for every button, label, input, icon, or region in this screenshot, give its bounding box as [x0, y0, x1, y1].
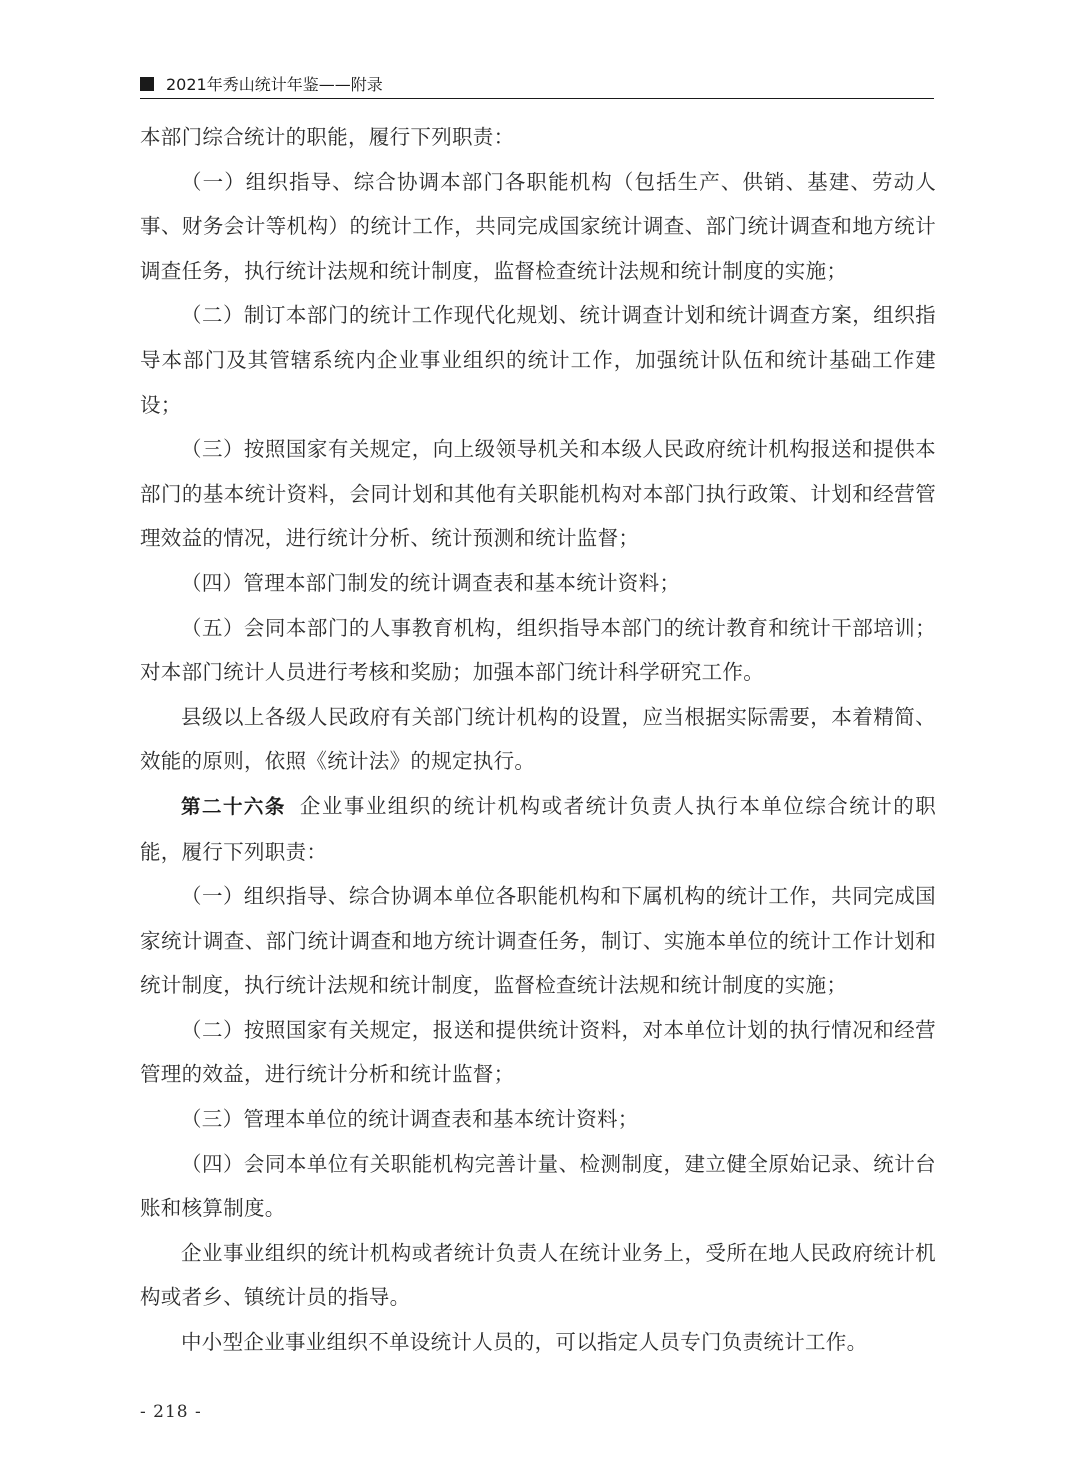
- paragraph: （四）管理本部门制发的统计调查表和基本统计资料；: [140, 561, 936, 606]
- paragraph-text: （三）按照国家有关规定，向上级领导机关和本级人民政府统计机构报送和提供本部门的基…: [140, 437, 936, 550]
- paragraph-text: （二）按照国家有关规定，报送和提供统计资料，对本单位计划的执行情况和经营管理的效…: [140, 1018, 936, 1087]
- black-square-icon: [140, 77, 154, 91]
- paragraph-text: （四）管理本部门制发的统计调查表和基本统计资料；: [181, 571, 680, 595]
- running-header: 2021年秀山统计年鉴——附录: [140, 72, 934, 99]
- paragraph-text: 本部门综合统计的职能，履行下列职责：: [140, 125, 514, 149]
- article-26-paragraph: 第二十六条企业事业组织的统计机构或者统计负责人执行本单位综合统计的职能，履行下列…: [140, 784, 936, 874]
- paragraph-text: 中小型企业事业组织不单设统计人员的，可以指定人员专门负责统计工作。: [181, 1330, 867, 1354]
- paragraph: （五）会同本部门的人事教育机构，组织指导本部门的统计教育和统计干部培训；对本部门…: [140, 606, 936, 695]
- paragraph: （四）会同本单位有关职能机构完善计量、检测制度，建立健全原始记录、统计台账和核算…: [140, 1142, 936, 1231]
- article-label: 第二十六条: [181, 795, 286, 818]
- paragraph-text: （三）管理本单位的统计调查表和基本统计资料；: [181, 1107, 639, 1131]
- paragraph-text: （四）会同本单位有关职能机构完善计量、检测制度，建立健全原始记录、统计台账和核算…: [140, 1152, 936, 1221]
- paragraph-text: （二）制订本部门的统计工作现代化规划、统计调查计划和统计调查方案，组织指导本部门…: [140, 303, 936, 416]
- paragraph: 中小型企业事业组织不单设统计人员的，可以指定人员专门负责统计工作。: [140, 1320, 936, 1365]
- paragraph: （一）组织指导、综合协调本部门各职能机构（包括生产、供销、基建、劳动人事、财务会…: [140, 160, 936, 294]
- paragraph: 企业事业组织的统计机构或者统计负责人在统计业务上，受所在地人民政府统计机构或者乡…: [140, 1231, 936, 1320]
- body-text: 本部门综合统计的职能，履行下列职责： （一）组织指导、综合协调本部门各职能机构（…: [140, 115, 936, 1365]
- paragraph: （一）组织指导、综合协调本单位各职能机构和下属机构的统计工作，共同完成国家统计调…: [140, 874, 936, 1008]
- paragraph: 本部门综合统计的职能，履行下列职责：: [140, 115, 936, 160]
- paragraph: （二）制订本部门的统计工作现代化规划、统计调查计划和统计调查方案，组织指导本部门…: [140, 293, 936, 427]
- paragraph-text: 县级以上各级人民政府有关部门统计机构的设置，应当根据实际需要，本着精简、效能的原…: [140, 705, 936, 774]
- paragraph-text: （一）组织指导、综合协调本部门各职能机构（包括生产、供销、基建、劳动人事、财务会…: [140, 170, 936, 283]
- paragraph: 县级以上各级人民政府有关部门统计机构的设置，应当根据实际需要，本着精简、效能的原…: [140, 695, 936, 784]
- paragraph: （二）按照国家有关规定，报送和提供统计资料，对本单位计划的执行情况和经营管理的效…: [140, 1008, 936, 1097]
- header-title: 2021年秀山统计年鉴——附录: [166, 72, 383, 95]
- paragraph-text: （一）组织指导、综合协调本单位各职能机构和下属机构的统计工作，共同完成国家统计调…: [140, 884, 936, 997]
- page-number: - 218 -: [140, 1402, 202, 1422]
- paragraph: （三）管理本单位的统计调查表和基本统计资料；: [140, 1097, 936, 1142]
- paragraph-text: 企业事业组织的统计机构或者统计负责人在统计业务上，受所在地人民政府统计机构或者乡…: [140, 1241, 936, 1310]
- paragraph: （三）按照国家有关规定，向上级领导机关和本级人民政府统计机构报送和提供本部门的基…: [140, 427, 936, 561]
- paragraph-text: （五）会同本部门的人事教育机构，组织指导本部门的统计教育和统计干部培训；对本部门…: [140, 616, 936, 685]
